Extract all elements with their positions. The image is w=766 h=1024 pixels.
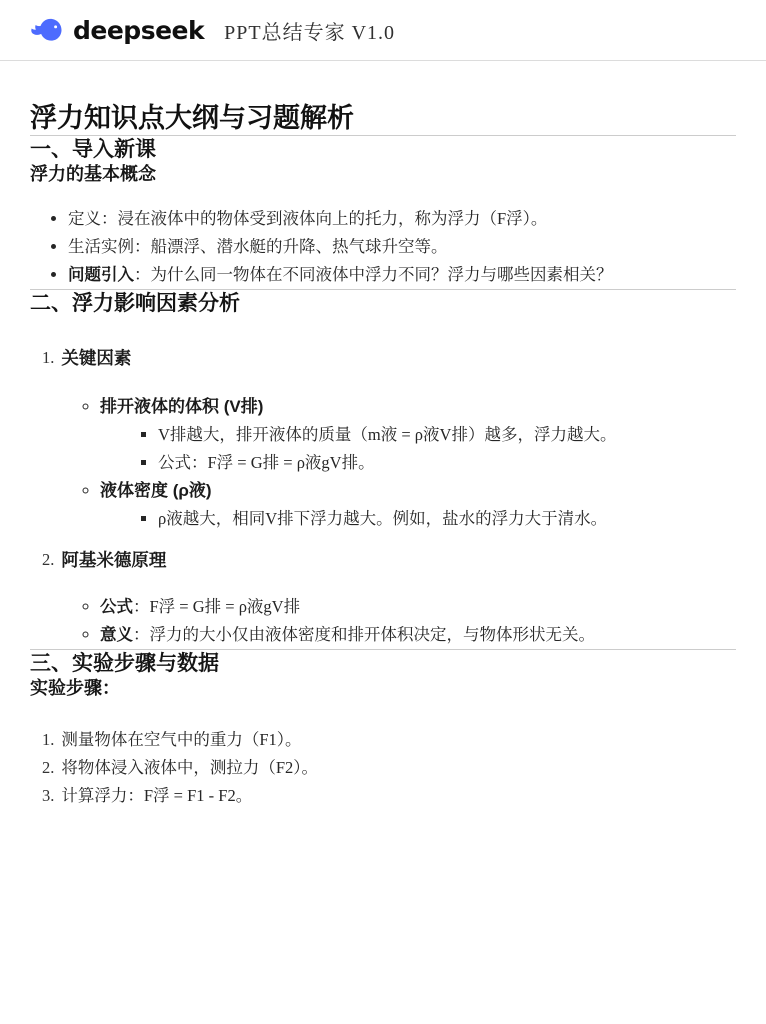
section-heading-intro: 一、导入新课: [30, 136, 736, 163]
item-number: 2.: [42, 546, 54, 574]
archimedes-list: 公式：F浮 = G排 = ρ液gV排 意义：浮力的大小仅由液体密度和排开体积决定…: [30, 593, 736, 649]
item-number: 1.: [42, 726, 54, 754]
deepseek-whale-icon: [30, 17, 64, 43]
step-row: 2. 将物体浸入液体中，测拉力（F2）。: [30, 754, 736, 782]
experiment-steps-list: 1. 测量物体在空气中的重力（F1）。 2. 将物体浸入液体中，测拉力（F2）。…: [30, 726, 736, 810]
key-factors-list: 排开液体的体积 (V排) V排越大，排开液体的质量（m液 = ρ液V排）越多，浮…: [30, 393, 736, 533]
brand-wordmark: deepseek: [73, 16, 204, 45]
list-item: 定义：浸在液体中的物体受到液体向上的托力，称为浮力（F浮）。: [68, 205, 736, 233]
step-row: 3. 计算浮力：F浮 = F1 - F2。: [30, 782, 736, 810]
step-row: 1. 测量物体在空气中的重力（F1）。: [30, 726, 736, 754]
list-item: 公式：F浮 = G排 = ρ液gV排。: [158, 449, 736, 477]
item-number: 3.: [42, 782, 54, 810]
ordered-item-key-factors: 1. 关键因素: [30, 344, 736, 372]
subheading-basic-concept: 浮力的基本概念: [30, 163, 736, 186]
section-heading-experiment: 三、实验步骤与数据: [30, 650, 736, 677]
item-number: 1.: [42, 344, 54, 372]
app-header: deepseek PPT总结专家 V1.0: [0, 0, 766, 61]
document-body: 浮力知识点大纲与习题解析 一、导入新课 浮力的基本概念 定义：浸在液体中的物体受…: [0, 101, 766, 810]
item-number: 2.: [42, 754, 54, 782]
list-item: 问题引入：为什么同一物体在不同液体中浮力不同？浮力与哪些因素相关？: [68, 261, 736, 289]
list-item: 生活实例：船漂浮、潜水艇的升降、热气球升空等。: [68, 233, 736, 261]
page: deepseek PPT总结专家 V1.0 浮力知识点大纲与习题解析 一、导入新…: [0, 0, 766, 1024]
sublist: V排越大，排开液体的质量（m液 = ρ液V排）越多，浮力越大。 公式：F浮 = …: [100, 421, 736, 477]
section-heading-factors: 二、浮力影响因素分析: [30, 290, 736, 317]
sublist: ρ液越大，相同V排下浮力越大。例如，盐水的浮力大于清水。: [100, 505, 736, 533]
page-title: 浮力知识点大纲与习题解析: [30, 101, 736, 135]
list-item: 排开液体的体积 (V排) V排越大，排开液体的质量（m液 = ρ液V排）越多，浮…: [100, 393, 736, 477]
list-item: 意义：浮力的大小仅由液体密度和排开体积决定，与物体形状无关。: [100, 621, 736, 649]
subheading-experiment-steps: 实验步骤：: [30, 677, 736, 700]
list-item: ρ液越大，相同V排下浮力越大。例如，盐水的浮力大于清水。: [158, 505, 736, 533]
list-item: 公式：F浮 = G排 = ρ液gV排: [100, 593, 736, 621]
list-item: V排越大，排开液体的质量（m液 = ρ液V排）越多，浮力越大。: [158, 421, 736, 449]
ordered-item-archimedes: 2. 阿基米德原理: [30, 546, 736, 574]
list-item: 液体密度 (ρ液) ρ液越大，相同V排下浮力越大。例如，盐水的浮力大于清水。: [100, 477, 736, 533]
app-title: PPT总结专家 V1.0: [224, 16, 395, 45]
concept-bullet-list: 定义：浸在液体中的物体受到液体向上的托力，称为浮力（F浮）。 生活实例：船漂浮、…: [30, 205, 736, 289]
